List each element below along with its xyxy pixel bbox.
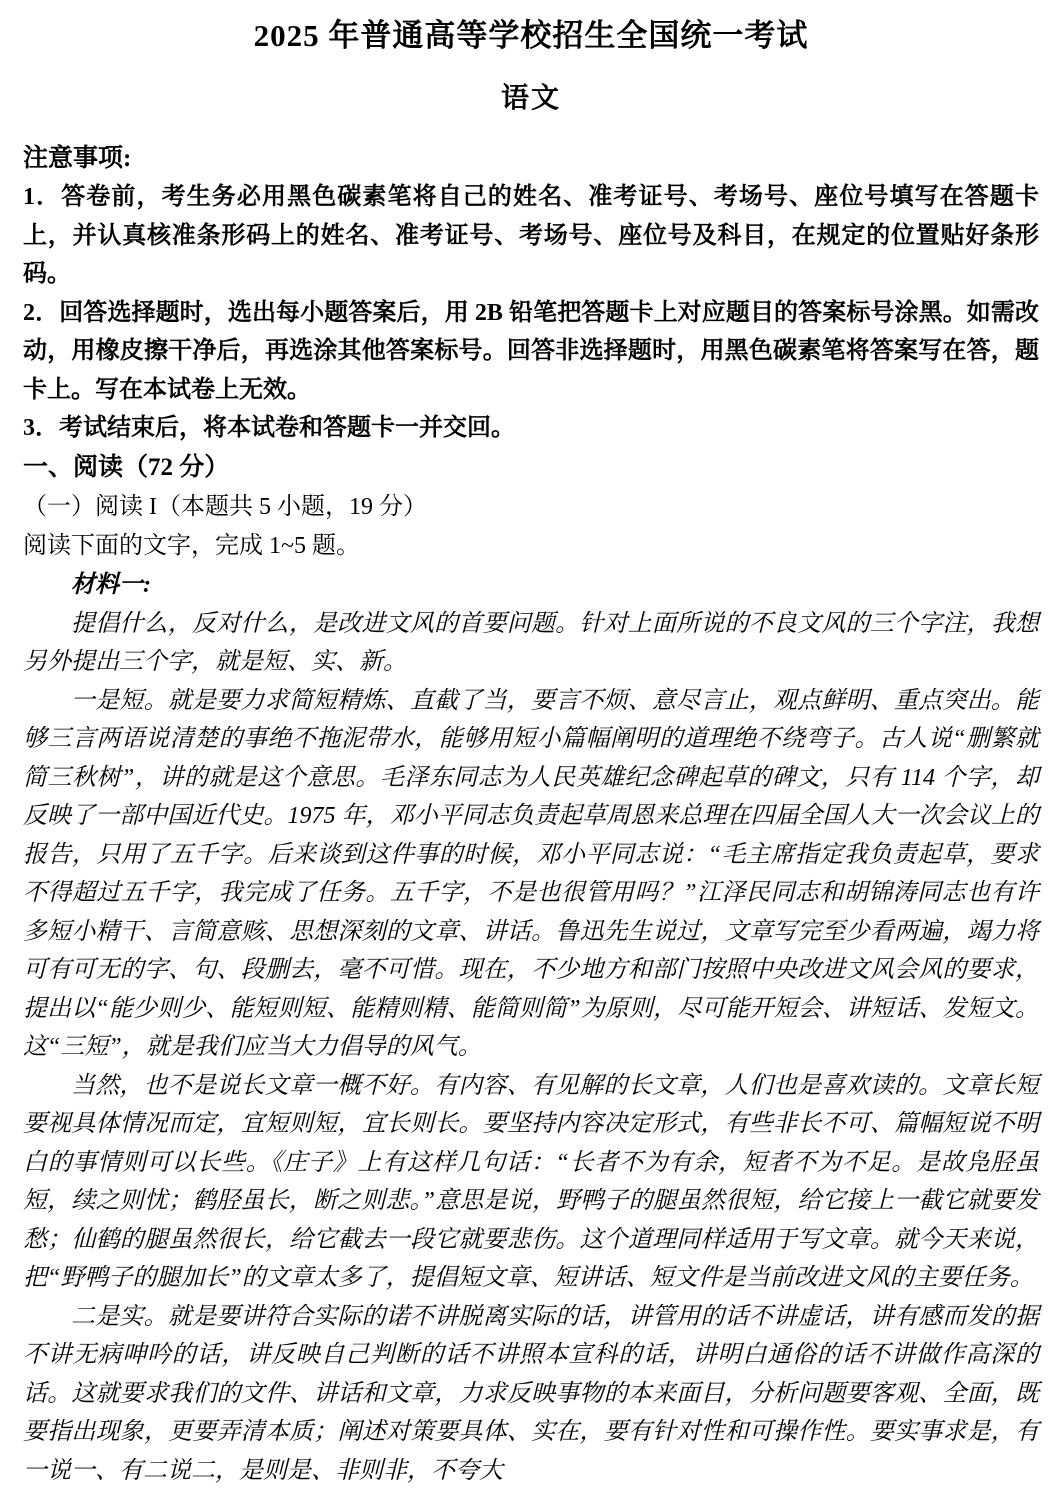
reading-section: 一、阅读（72 分） （一）阅读 I（本题共 5 小题，19 分） 阅读下面的文… <box>23 448 1039 1491</box>
notices-block: 注意事项: 1．答卷前，考生务必用黑色碳素笔将自己的姓名、准考证号、考场号、座位… <box>23 140 1039 448</box>
notice-item-2: 2．回答选择题时，选出每小题答案后，用 2B 铅笔把答题卡上对应题目的答案标号涂… <box>23 294 1039 410</box>
material-paragraph-3: 当然，也不是说长文章一概不好。有内容、有见解的长文章，人们也是喜欢读的。文章长短… <box>23 1067 1039 1298</box>
exam-paper-page: 2025 年普通高等学校招生全国统一考试 语文 注意事项: 1．答卷前，考生务必… <box>0 0 1062 1498</box>
material-paragraph-4: 二是实。就是要讲符合实际的诺不讲脱离实际的话，讲管用的话不讲虚话，讲有感而发的据… <box>23 1298 1039 1491</box>
notice-item-1: 1．答卷前，考生务必用黑色碳素笔将自己的姓名、准考证号、考场号、座位号填写在答题… <box>23 178 1039 294</box>
reading-instruction: 阅读下面的文字，完成 1~5 题。 <box>23 527 1039 566</box>
subsection-heading: （一）阅读 I（本题共 5 小题，19 分） <box>23 488 1039 527</box>
page-title: 2025 年普通高等学校招生全国统一考试 <box>23 18 1039 54</box>
notice-item-3: 3．考试结束后，将本试卷和答题卡一并交回。 <box>23 409 1039 448</box>
section-heading: 一、阅读（72 分） <box>23 448 1039 488</box>
subject-title: 语文 <box>23 84 1039 115</box>
material-one-label: 材料一: <box>23 566 1039 605</box>
notices-heading: 注意事项: <box>23 140 1039 178</box>
material-paragraph-2: 一是短。就是要力求简短精炼、直截了当，要言不烦、意尽言止，观点鲜明、重点突出。能… <box>23 682 1039 1067</box>
material-paragraph-1: 提倡什么，反对什么，是改进文风的首要问题。针对上面所说的不良文风的三个字注，我想… <box>23 605 1039 682</box>
